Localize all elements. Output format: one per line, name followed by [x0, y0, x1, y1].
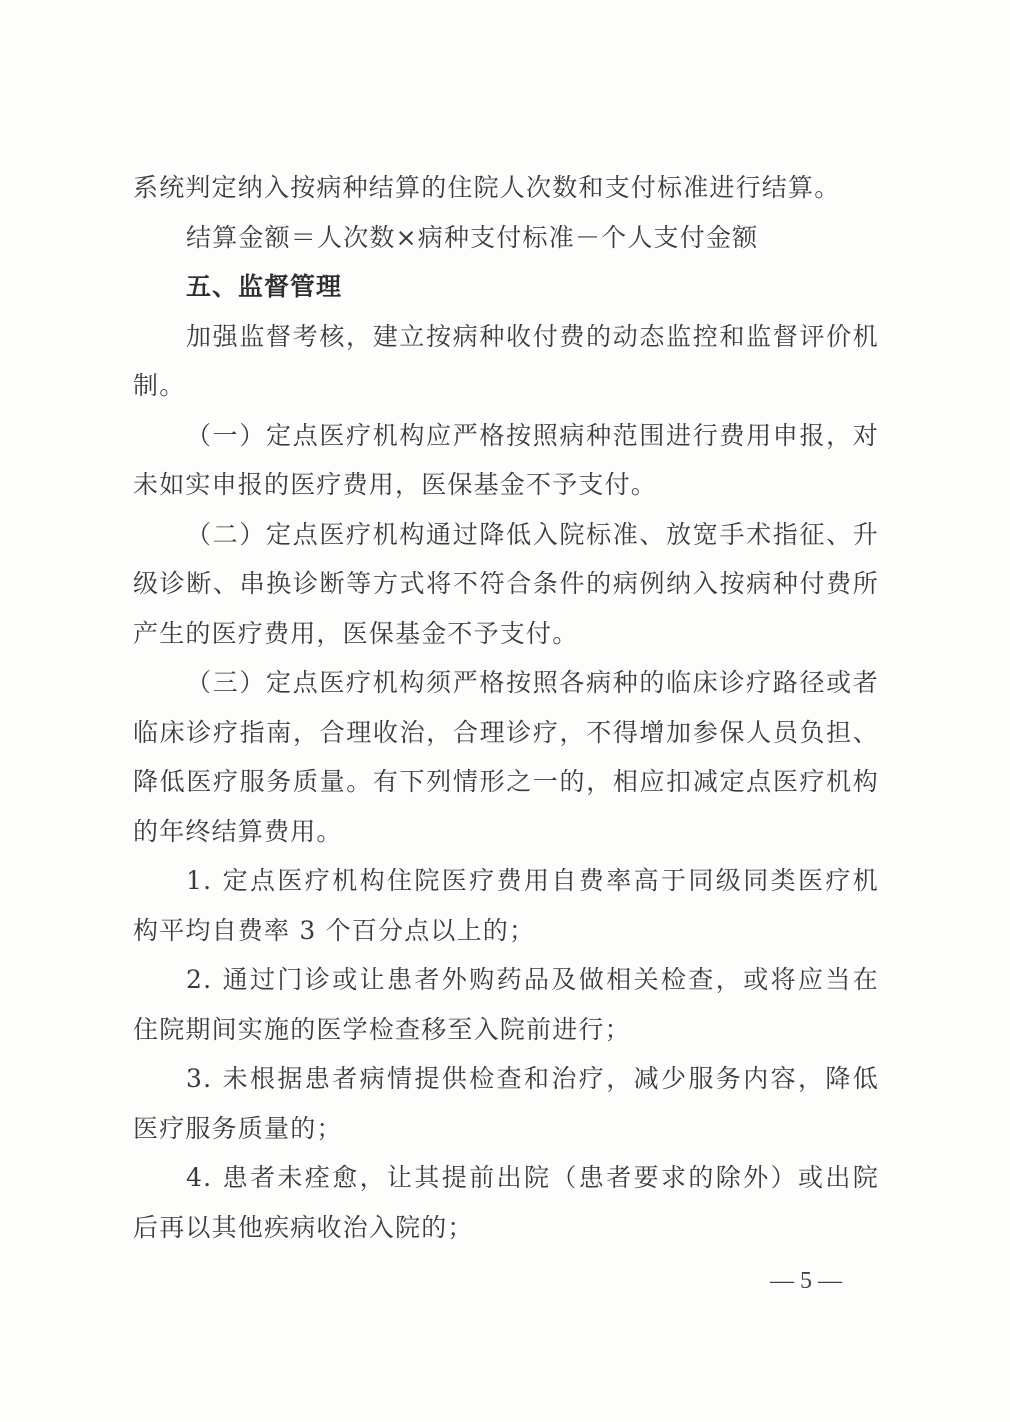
paragraph-continuation: 系统判定纳入按病种结算的住院人次数和支付标准进行结算。 — [133, 163, 879, 213]
text-line: 4. 患者未痊愈，让其提前出院（患者要求的除外）或出院 — [133, 1153, 879, 1203]
text-line: （二）定点医疗机构通过降低入院标准、放宽手术指征、升 — [133, 510, 879, 560]
text-line: 未如实申报的医疗费用，医保基金不予支付。 — [133, 460, 879, 510]
document-page: 系统判定纳入按病种结算的住院人次数和支付标准进行结算。 结算金额＝人次数×病种支… — [133, 163, 879, 1252]
paragraph-item-one: （一）定点医疗机构应严格按照病种范围进行费用申报，对 未如实申报的医疗费用，医保… — [133, 411, 879, 510]
text-line: 3. 未根据患者病情提供检查和治疗，减少服务内容，降低 — [133, 1054, 879, 1104]
text-line: 降低医疗服务质量。有下列情形之一的，相应扣减定点医疗机构 — [133, 757, 879, 807]
text-line: （三）定点医疗机构须严格按照各病种的临床诊疗路径或者 — [133, 658, 879, 708]
text-line: 构平均自费率 3 个百分点以上的； — [133, 906, 879, 956]
text-line: 临床诊疗指南，合理收治，合理诊疗，不得增加参保人员负担、 — [133, 708, 879, 758]
text-line: 结算金额＝人次数×病种支付标准－个人支付金额 — [133, 213, 879, 263]
text-line: 2. 通过门诊或让患者外购药品及做相关检查，或将应当在 — [133, 955, 879, 1005]
text-line: （一）定点医疗机构应严格按照病种范围进行费用申报，对 — [133, 411, 879, 461]
heading-text: 五、监督管理 — [133, 262, 879, 312]
page-number: — 5 — — [770, 1268, 842, 1295]
paragraph-item-two: （二）定点医疗机构通过降低入院标准、放宽手术指征、升 级诊断、串换诊断等方式将不… — [133, 510, 879, 659]
text-line: 住院期间实施的医学检查移至入院前进行； — [133, 1005, 879, 1055]
text-line: 的年终结算费用。 — [133, 807, 879, 857]
paragraph-item-three: （三）定点医疗机构须严格按照各病种的临床诊疗路径或者 临床诊疗指南，合理收治，合… — [133, 658, 879, 856]
text-line: 产生的医疗费用，医保基金不予支付。 — [133, 609, 879, 659]
paragraph-supervision-intro: 加强监督考核，建立按病种收付费的动态监控和监督评价机 制。 — [133, 312, 879, 411]
text-line: 医疗服务质量的； — [133, 1104, 879, 1154]
settlement-formula: 结算金额＝人次数×病种支付标准－个人支付金额 — [133, 213, 879, 263]
text-line: 加强监督考核，建立按病种收付费的动态监控和监督评价机 — [133, 312, 879, 362]
text-line: 系统判定纳入按病种结算的住院人次数和支付标准进行结算。 — [133, 163, 879, 213]
list-item-4: 4. 患者未痊愈，让其提前出院（患者要求的除外）或出院 后再以其他疾病收治入院的… — [133, 1153, 879, 1252]
text-line: 级诊断、串换诊断等方式将不符合条件的病例纳入按病种付费所 — [133, 559, 879, 609]
text-line: 1. 定点医疗机构住院医疗费用自费率高于同级同类医疗机 — [133, 856, 879, 906]
text-line: 后再以其他疾病收治入院的； — [133, 1203, 879, 1253]
text-line: 制。 — [133, 361, 879, 411]
list-item-3: 3. 未根据患者病情提供检查和治疗，减少服务内容，降低 医疗服务质量的； — [133, 1054, 879, 1153]
list-item-1: 1. 定点医疗机构住院医疗费用自费率高于同级同类医疗机 构平均自费率 3 个百分… — [133, 856, 879, 955]
list-item-2: 2. 通过门诊或让患者外购药品及做相关检查，或将应当在 住院期间实施的医学检查移… — [133, 955, 879, 1054]
section-heading: 五、监督管理 — [133, 262, 879, 312]
